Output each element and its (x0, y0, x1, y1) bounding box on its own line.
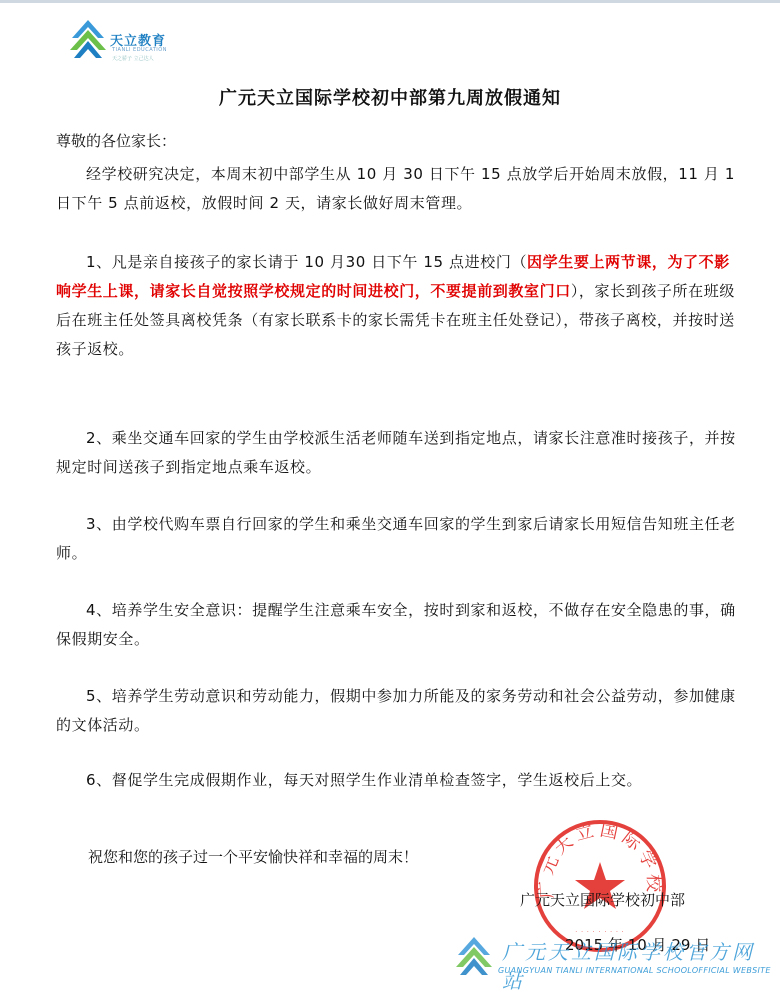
logo-tagline: 天之骄子 立己达人 (112, 55, 154, 62)
signature-organization: 广元天立国际学校初中部 (520, 889, 685, 910)
page-title: 广元天立国际学校初中部第九周放假通知 (0, 84, 780, 110)
watermark-chinese: 广元天立国际学校官方网站 (502, 936, 772, 992)
watermark-english: GUANGYUAN TIANLI INTERNATIONAL SCHOOLOFF… (498, 966, 771, 975)
logo-english: TIANLI EDUCATION (112, 47, 167, 53)
item-1-pre: 1、凡是亲自接孩子的家长请于 10 月30 日下午 15 点进校门（ (86, 253, 527, 271)
item-4: 4、培养学生安全意识：提醒学生注意乘车安全，按时到家和返校，不做存在安全隐患的事… (56, 596, 736, 654)
greeting: 尊敬的各位家长： (56, 130, 176, 151)
item-6: 6、督促学生完成假期作业，每天对照学生作业清单检查签字，学生返校后上交。 (56, 766, 736, 795)
item-1: 1、凡是亲自接孩子的家长请于 10 月30 日下午 15 点进校门（因学生要上两… (56, 248, 736, 364)
logo-mark-icon (66, 16, 110, 66)
item-5: 5、培养学生劳动意识和劳动能力，假期中参加力所能及的家务劳动和社会公益劳动，参加… (56, 682, 736, 740)
intro-paragraph: 经学校研究决定，本周末初中部学生从 10 月 30 日下午 15 点放学后开始周… (56, 160, 736, 218)
school-logo: 天立教育 TIANLI EDUCATION 天之骄子 立己达人 (66, 16, 176, 66)
website-watermark: 广元天立国际学校官方网站 GUANGYUAN TIANLI INTERNATIO… (452, 930, 772, 986)
item-3: 3、由学校代购车票自行回家的学生和乘坐交通车回家的学生到家后请家长用短信告知班主… (56, 510, 736, 568)
item-2: 2、乘坐交通车回家的学生由学校派生活老师随车送到指定地点，请家长注意准时接孩子，… (56, 424, 736, 482)
watermark-logo-icon (452, 932, 496, 984)
closing-line: 祝您和您的孩子过一个平安愉快祥和幸福的周末！ (88, 846, 418, 867)
top-border (0, 0, 780, 3)
